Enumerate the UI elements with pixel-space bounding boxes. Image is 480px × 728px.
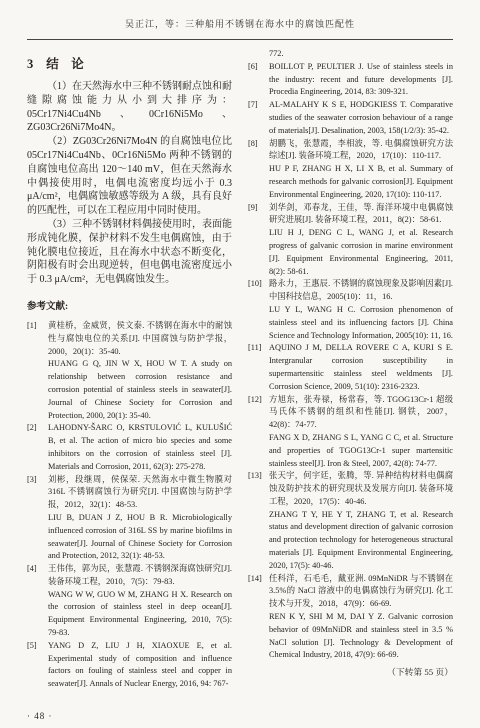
left-column: 3结 论 （1）在天然海水中三种不锈钢耐点蚀和耐缝隙腐蚀能力从小到大排序为：05…: [27, 48, 232, 702]
reference-number: [9]: [248, 202, 269, 279]
reference-number: [12]: [248, 394, 269, 471]
paper-page: 吴正江，等：三种船用不锈钢在海水中的腐蚀匹配性 3结 论 （1）在天然海水中三种…: [0, 0, 480, 728]
reference-text: 黄桂桥，金威贤，侯文泰. 不锈钢在海水中的耐蚀性与腐蚀电位的关系[J]. 中国腐…: [48, 320, 232, 358]
reference-body: 王伟伟，郭为民，张慧霞. 不锈钢深海腐蚀研究[J]. 装备环境工程，2010，7…: [48, 563, 232, 640]
running-head: 吴正江，等：三种船用不锈钢在海水中的腐蚀匹配性: [0, 17, 480, 30]
page-body: 3结 论 （1）在天然海水中三种不锈钢耐点蚀和耐缝隙腐蚀能力从小到大排序为：05…: [27, 48, 453, 702]
reference-body: 刘彬，段继周，侯保荣. 天然海水中微生物膜对 316L 不锈钢腐蚀行为研究[J]…: [48, 474, 232, 564]
reference-text: 胡鹏飞，张慧霞，李相波，等. 电偶腐蚀研究方法综述[J]. 装备环境工程，202…: [269, 138, 453, 164]
reference-item: [2]LAHODNY-ŠARC O, KRSTULOVIĆ L, KULUŠIĆ…: [27, 422, 232, 473]
reference-body: 黄桂桥，金威贤，侯文泰. 不锈钢在海水中的耐蚀性与腐蚀电位的关系[J]. 中国腐…: [48, 320, 232, 422]
reference-text: HUANG G Q, JIN W X, HOU W T. A study on …: [48, 358, 232, 422]
reference-item: [14]任科洋，石毛毛，戴亚洲. 09MnNiDR 与不锈钢在 3.5%的 Na…: [248, 573, 453, 663]
conclusion-paragraphs: （1）在天然海水中三种不锈钢耐点蚀和耐缝隙腐蚀能力从小到大排序为：05Cr17N…: [27, 80, 232, 287]
reference-body: BOILLOT P, PEULTIER J. Use of stainless …: [269, 61, 453, 99]
reference-body: 任科洋，石毛毛，戴亚洲. 09MnNiDR 与不锈钢在 3.5%的 NaCl 溶…: [269, 573, 453, 663]
reference-item: [3]刘彬，段继周，侯保荣. 天然海水中微生物膜对 316L 不锈钢腐蚀行为研究…: [27, 474, 232, 564]
reference-item: [9]刘华剑，邓春龙，王佳，等. 海洋环境中电偶腐蚀研究进展[J]. 装备环境工…: [248, 202, 453, 279]
reference-number: [10]: [248, 278, 269, 342]
header-divider: [27, 39, 453, 40]
reference-number: [1]: [27, 320, 48, 422]
reference-body: 胡鹏飞，张慧霞，李相波，等. 电偶腐蚀研究方法综述[J]. 装备环境工程，202…: [269, 138, 453, 202]
right-column: 772. [6]BOILLOT P, PEULTIER J. Use of st…: [248, 48, 453, 702]
reference-item: [12]方旭东，张寿禄，杨常春，等. TGOG13Cr-1 超级马氏体不锈钢的组…: [248, 394, 453, 471]
section-heading: 3结 论: [27, 54, 232, 72]
reference-number: [13]: [248, 470, 269, 572]
reference-text: 刘华剑，邓春龙，王佳，等. 海洋环境中电偶腐蚀研究进展[J]. 装备环境工程，2…: [269, 202, 453, 228]
reference-text: 任科洋，石毛毛，戴亚洲. 09MnNiDR 与不锈钢在 3.5%的 NaCl 溶…: [269, 573, 453, 611]
section-number: 3: [27, 57, 33, 71]
reference-text: LU Y L, WANG H C. Corrosion phenomenon o…: [269, 304, 453, 342]
reference-text: 王伟伟，郭为民，张慧霞. 不锈钢深海腐蚀研究[J]. 装备环境工程，2010，7…: [48, 563, 232, 589]
reference-text: 张天宇，何宇廷，张腾，等. 异种结构材料电偶腐蚀及防护技术的研究现状及发展方向[…: [269, 470, 453, 508]
references-left-list: [1]黄桂桥，金威贤，侯文泰. 不锈钢在海水中的耐蚀性与腐蚀电位的关系[J]. …: [27, 320, 232, 691]
reference-number: [7]: [248, 99, 269, 137]
reference-text: ZHANG T Y, HE Y T, ZHANG T, et al. Resea…: [269, 509, 453, 573]
references-heading: 参考文献:: [27, 298, 232, 312]
reference-item: [1]黄桂桥，金威贤，侯文泰. 不锈钢在海水中的耐蚀性与腐蚀电位的关系[J]. …: [27, 320, 232, 422]
reference-body: LAHODNY-ŠARC O, KRSTULOVIĆ L, KULUŠIĆ B,…: [48, 422, 232, 473]
conclusion-paragraph: （1）在天然海水中三种不锈钢耐点蚀和耐缝隙腐蚀能力从小到大排序为：05Cr17N…: [27, 80, 232, 135]
reference-body: 路永力，王惠辰. 不锈钢的腐蚀现象及影响因素[J]. 中国科技信息，2005(1…: [269, 278, 453, 342]
reference-number: [11]: [248, 342, 269, 393]
reference-number: [4]: [27, 563, 48, 640]
reference-text: LAHODNY-ŠARC O, KRSTULOVIĆ L, KULUŠIĆ B,…: [48, 422, 232, 473]
section-title: 结 论: [46, 57, 84, 71]
reference-text: AL-MALAHY K S E, HODGKIESS T. Comparativ…: [269, 99, 453, 137]
reference-body: 方旭东，张寿禄，杨常春，等. TGOG13Cr-1 超级马氏体不锈钢的组织和性能…: [269, 394, 453, 471]
reference-text: BOILLOT P, PEULTIER J. Use of stainless …: [269, 61, 453, 99]
reference-body: AQUINO J M, DELLA ROVERE C A, KURI S E. …: [269, 342, 453, 393]
reference-item: [10]路永力，王惠辰. 不锈钢的腐蚀现象及影响因素[J]. 中国科技信息，20…: [248, 278, 453, 342]
reference-number: [3]: [27, 474, 48, 564]
reference-text: 刘彬，段继周，侯保荣. 天然海水中微生物膜对 316L 不锈钢腐蚀行为研究[J]…: [48, 474, 232, 512]
conclusion-paragraph: （3）三种不锈钢材料偶接使用时，表面能形成钝化膜，保护材料不发生电偶腐蚀，由于钝…: [27, 218, 232, 287]
reference-body: 刘华剑，邓春龙，王佳，等. 海洋环境中电偶腐蚀研究进展[J]. 装备环境工程，2…: [269, 202, 453, 279]
reference-text: HU P F, ZHANG H X, LI X B, et al. Summar…: [269, 163, 453, 201]
page-number: · 48 ·: [27, 711, 53, 721]
reference-item: [11]AQUINO J M, DELLA ROVERE C A, KURI S…: [248, 342, 453, 393]
reference-body: YANG D Z, LIU J H, XIAOXUE E, et al. Exp…: [48, 640, 232, 691]
reference-text: WANG W W, GUO W M, ZHANG H X. Research o…: [48, 589, 232, 640]
reference-item: [6]BOILLOT P, PEULTIER J. Use of stainle…: [248, 61, 453, 99]
reference-number: [6]: [248, 61, 269, 99]
reference-number: [14]: [248, 573, 269, 663]
reference-carryover-line: 772.: [248, 48, 453, 61]
reference-number: [2]: [27, 422, 48, 473]
reference-number: [5]: [27, 640, 48, 691]
reference-body: AL-MALAHY K S E, HODGKIESS T. Comparativ…: [269, 99, 453, 137]
reference-text: 方旭东，张寿禄，杨常春，等. TGOG13Cr-1 超级马氏体不锈钢的组织和性能…: [269, 394, 453, 432]
reference-text: FANG X D, ZHANG S L, YANG C C, et al. St…: [269, 432, 453, 470]
continuation-note: （下转第 55 页）: [248, 665, 453, 678]
reference-item: [13]张天宇，何宇廷，张腾，等. 异种结构材料电偶腐蚀及防护技术的研究现状及发…: [248, 470, 453, 572]
reference-number: [8]: [248, 138, 269, 202]
reference-text: LIU B, DUAN J Z, HOU B R. Microbiologica…: [48, 512, 232, 563]
reference-text: YANG D Z, LIU J H, XIAOXUE E, et al. Exp…: [48, 640, 232, 691]
reference-text: AQUINO J M, DELLA ROVERE C A, KURI S E. …: [269, 342, 453, 393]
reference-body: 张天宇，何宇廷，张腾，等. 异种结构材料电偶腐蚀及防护技术的研究现状及发展方向[…: [269, 470, 453, 572]
conclusion-paragraph: （2）ZG03Cr26Ni7Mo4N 的自腐蚀电位比 05Cr17Ni4Cu4N…: [27, 135, 232, 218]
reference-text: 路永力，王惠辰. 不锈钢的腐蚀现象及影响因素[J]. 中国科技信息，2005(1…: [269, 278, 453, 304]
reference-text: REN K Y, SHI M M, DAI Y Z. Galvanic corr…: [269, 611, 453, 662]
reference-item: [4]王伟伟，郭为民，张慧霞. 不锈钢深海腐蚀研究[J]. 装备环境工程，201…: [27, 563, 232, 640]
reference-item: [5]YANG D Z, LIU J H, XIAOXUE E, et al. …: [27, 640, 232, 691]
reference-item: [8]胡鹏飞，张慧霞，李相波，等. 电偶腐蚀研究方法综述[J]. 装备环境工程，…: [248, 138, 453, 202]
reference-item: [7]AL-MALAHY K S E, HODGKIESS T. Compara…: [248, 99, 453, 137]
references-right-list: [6]BOILLOT P, PEULTIER J. Use of stainle…: [248, 61, 453, 662]
reference-text: LIU H J, DENG C L, WANG J, et al. Resear…: [269, 227, 453, 278]
